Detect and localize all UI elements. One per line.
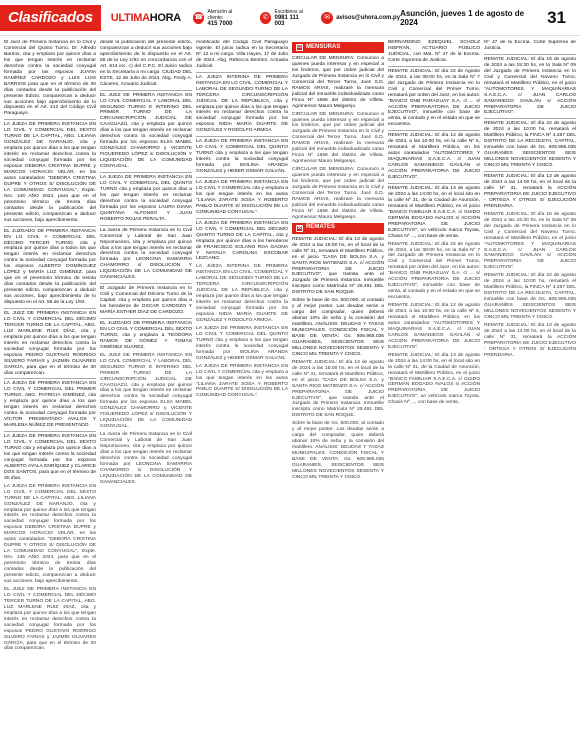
notice: REMATE JUDICIAL: El día 12 de agosto de … <box>388 133 480 181</box>
section-title: Clasificados <box>0 5 101 31</box>
notice: EL JUZGADO DE PRIMERA INSTANCIA EN LO CI… <box>4 229 96 306</box>
contact-phone: ☎Atención al cliente:415 7000 <box>193 9 248 27</box>
column-4: ▭MENSURAS CIRCULAR DE MENSURA: Comunico … <box>292 40 384 752</box>
issue-date: Asunción, jueves 1 de agosto de 2024 <box>400 9 539 27</box>
notice: REMATE JUDICIAL: El día 13 de agosto de … <box>388 353 480 407</box>
contact-whatsapp: ✆Escribinos al0981 111 003 <box>260 9 309 27</box>
notice: El Juzgado de Primera Instancia en lo Ci… <box>100 286 192 316</box>
notice: REMATE JUDICIAL: El día 12 de agosto de … <box>388 303 480 351</box>
notice: REMATE JUDICIAL: El día 22 de agosto de … <box>484 273 576 321</box>
notice: modificado del Código Civil Paraguayo vi… <box>196 40 288 70</box>
page-header: Clasificados ULTIMAHORA ☎Atención al cli… <box>0 0 580 36</box>
newspaper-logo: ULTIMAHORA <box>111 12 181 24</box>
notice: LA JUEZA DE PRIMERA INSTANCIA EN LO CIVI… <box>100 175 192 223</box>
section-header-remates: ⚒REMATES <box>292 223 384 234</box>
page-number: 31 <box>547 8 566 28</box>
notice: El Juez de Primera Instancia en lo Civil… <box>4 40 96 117</box>
notice: LA JUEZA DE PRIMERA INSTANCIA EN LO CIVI… <box>4 434 96 482</box>
notice: REMATE JUDICIAL: El día 16 de agosto de … <box>484 57 576 117</box>
column-5: BERNARDINO EZEQUIEL SCHOLZ INSFRAN, ACTU… <box>388 40 480 752</box>
notice: REMATE JUDICIAL: El día 16 de agosto de … <box>484 212 576 272</box>
notice: LA JUEZA DE PRIMERA INSTANCIA EN LO CIVI… <box>196 364 288 400</box>
gavel-icon: ⚒ <box>296 225 303 232</box>
column-2: desde la publicación del presente edicto… <box>100 40 192 752</box>
notice: EL JUEZ DE PRIMERA INSTANCIA EN LO CIVIL… <box>100 93 192 170</box>
notice: LA JUEZA DE PRIMERA INSTANCIA EN LO CIVI… <box>4 484 96 585</box>
mail-icon: ✉ <box>321 12 333 24</box>
notice: BERNARDINO EZEQUIEL SCHOLZ INSFRAN, ACTU… <box>388 40 480 64</box>
notice: CIRCULAR DE MENSURA: Comunico a quienes … <box>292 112 384 166</box>
notice: Sobre la base de Gs. 500.000, al contado… <box>292 421 384 481</box>
notice: EL JUZGADO DE PRIMERA INSTANCIA EN LO CI… <box>100 321 192 351</box>
notice: REMATE JUDICIAL: El día 13 de agosto de … <box>484 323 576 359</box>
phone-icon: ☎ <box>193 12 205 24</box>
column-6: Nº 47 de la Excma. Corte Suprema de Just… <box>484 40 576 752</box>
whatsapp-icon: ✆ <box>260 12 272 24</box>
contact-email: ✉avisos@uhora.com.py <box>321 12 400 24</box>
notice: REMATE JUDICIAL: El día 13 de agosto de … <box>292 360 384 420</box>
classifieds-columns: El Juez de Primera Instancia en lo Civil… <box>4 40 576 752</box>
notice: Sobre la base de Gs. 500.000, al contado… <box>292 298 384 358</box>
notice: LA JUEZA DE PRIMERA INSTANCIA EN LO CIVI… <box>196 326 288 362</box>
notice: La Jueza de Primera Instancia en lo Civi… <box>100 228 192 282</box>
notice: LA JUEZA DE PRIMERA INSTANCIA EN LO CIVI… <box>196 221 288 263</box>
notice: EL JUEZ DE PRIMERA INSTANCIA EN LO CIVIL… <box>4 311 96 376</box>
notice: LA JUEZA DE PRIMERA INSTANCIA EN LO CIVI… <box>4 381 96 429</box>
notice: REMATE JUDICIAL: El día 13 de agosto de … <box>388 186 480 240</box>
notice: REMATE JUDICIAL: El día 13 de agosto de … <box>292 237 384 297</box>
column-1: El Juez de Primera Instancia en lo Civil… <box>4 40 96 752</box>
notice: LA JUEZA DE PRIMERA INSTANCIA EN LO CIVI… <box>196 180 288 216</box>
notice: La Jueza de Primera Instancia en lo Civi… <box>100 432 192 486</box>
notice: REMATE JUDICIAL: El día 23 de Agosto de … <box>388 69 480 129</box>
notice: Nº 47 de la Excma. Corte Suprema de Just… <box>484 40 576 52</box>
section-header-mensuras: ▭MENSURAS <box>292 42 384 53</box>
notice: LA JUEZA INTERINA DE PRIMERA INSTANCIA E… <box>196 264 288 324</box>
notice: LA JUEZA DE PRIMERA INSTANCIA EN LO CIVI… <box>4 122 96 223</box>
notice: REMATE JUDICIAL: El día 13 de agosto de … <box>484 174 576 210</box>
notice: REMATE JUDICIAL: El día 23 de Agosto de … <box>388 242 480 302</box>
notice: desde la publicación del presente edicto… <box>100 40 192 88</box>
notice: EL JUEZ DE PRIMERA INSTANCIA EN LO CIVIL… <box>4 587 96 652</box>
notice: CIRCULAR DE MENSURA: Comunico a quienes … <box>292 56 384 110</box>
notice: EL JUEZ DE PRIMERA INSTANCIA EN LO CIVIL… <box>100 353 192 430</box>
column-3: modificado del Código Civil Paraguayo vi… <box>196 40 288 752</box>
notice: CIRCULAR DE MENSURA: Comunico a quienes … <box>292 167 384 221</box>
notice: REMATE JUDICIAL: El día 22 de agosto de … <box>484 121 576 169</box>
notice: LA JUEZA INTERINA DE PRIMERA INSTANCIA E… <box>196 75 288 135</box>
notice: LA JUEZA DE PRIMERA INSTANCIA EN LO CIVI… <box>196 139 288 175</box>
ruler-icon: ▭ <box>296 44 303 51</box>
